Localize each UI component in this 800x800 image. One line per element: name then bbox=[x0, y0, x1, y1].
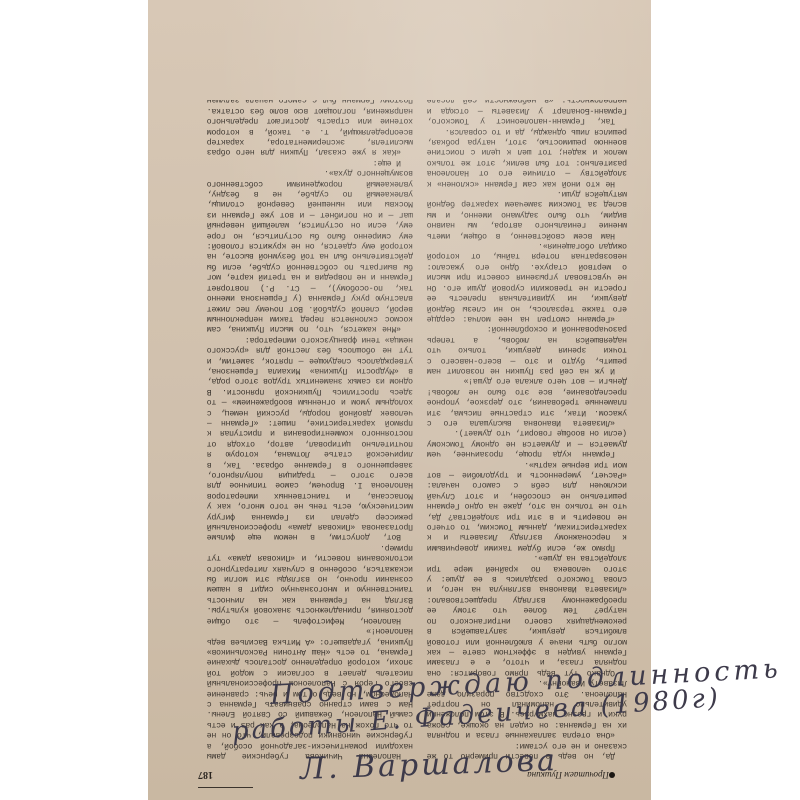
paragraph: Не кто иной как сам Германн «склонен» к … bbox=[427, 125, 627, 187]
paragraph: Вот, допустим, в немом еще фильме Протаз… bbox=[207, 333, 413, 541]
paragraph: И еще: bbox=[207, 156, 413, 166]
paragraph: Однако тут ведь прямо говорится: она под… bbox=[427, 552, 627, 677]
printed-content-upside-down: Прочитаем Пушкина 187 Наполеона Чичикова… bbox=[148, 0, 651, 800]
ink-dot bbox=[609, 772, 615, 778]
paragraph: И уж на сей раз Пушкин не позволит нам р… bbox=[427, 323, 627, 375]
paragraph: Германн куда проще, прозаичнее, чем дума… bbox=[427, 427, 627, 458]
paragraph: Да, но ведь в повести примерно то же ска… bbox=[427, 739, 627, 760]
paragraph: «Как я уже сказал, Пушкин для него образ… bbox=[207, 100, 413, 156]
paragraph: Наполеона Чичикова губернские дамы наход… bbox=[207, 625, 413, 760]
text-column-left: Да, но ведь в повести примерно то же ска… bbox=[427, 100, 627, 760]
running-title: Прочитаем Пушкина bbox=[527, 770, 609, 780]
paragraph: «Германн смотрел на нее молча: сердце ег… bbox=[427, 240, 627, 323]
running-header: Прочитаем Пушкина 187 bbox=[198, 766, 629, 782]
scanned-page: Прочитаем Пушкина 187 Наполеона Чичикова… bbox=[148, 0, 651, 800]
page-number: 187 bbox=[198, 769, 213, 780]
paragraph: Прямо же, если будем такими доверчивыми … bbox=[427, 458, 627, 552]
text-column-right: Наполеона Чичикова губернские дамы наход… bbox=[207, 100, 413, 760]
header-rule bbox=[198, 787, 253, 788]
paragraph: «Лизавета Ивановна выслушала его с ужасо… bbox=[427, 375, 627, 427]
paragraph: «Она отерла заплаканные глаза и подняла … bbox=[427, 677, 627, 739]
paragraph: «Мне кажется, что, по мысли Пушкина, сам… bbox=[207, 167, 413, 334]
paragraph: Нам всем свойственно, в общем, иметь мне… bbox=[427, 188, 627, 240]
paragraph: Так, Германн-наполеонист у Томского, Гер… bbox=[427, 100, 627, 125]
paragraph: Наполеон, Мефистофель — это общие достоя… bbox=[207, 541, 413, 624]
